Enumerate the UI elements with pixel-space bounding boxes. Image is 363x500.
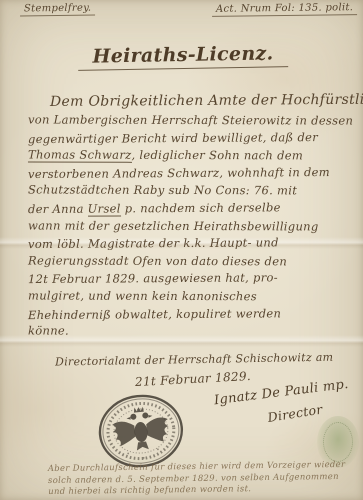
line-rest: p. nachdem sich derselbe [121, 200, 281, 215]
bride-name-underlined: Ursel [88, 201, 121, 216]
manuscript-line: von Lambergischen Herrschaft Steierowitz… [28, 111, 342, 130]
manuscript-page: Stempelfrey. Act. Nrum Fol: 135. polit. … [0, 0, 363, 500]
issue-date-line: 21t Februar 1829. [108, 368, 278, 391]
manuscript-line: verstorbenen Andreas Schwarz, wohnhaft i… [28, 164, 342, 184]
manuscript-line: Schutzstädtchen Raby sub No Cons: 76. mi… [28, 182, 342, 201]
line-rest: , lediglicher Sohn nach dem [131, 148, 303, 163]
document-title: Heiraths-Licenz. [78, 42, 288, 71]
manuscript-line: Regierungsstadt Ofen von dato dieses den [28, 252, 342, 271]
manuscript-line: vom löbl. Magistrate der k.k. Haupt- und [28, 234, 342, 254]
manuscript-line: Thomas Schwarz, lediglicher Sohn nach de… [28, 147, 342, 166]
manuscript-line: Ehehinderniß obwaltet, kopuliret werden [28, 304, 342, 324]
manuscript-line: 12t Februar 1829. ausgewiesen hat, pro- [28, 269, 342, 289]
manuscript-line: Dem Obrigkeitlichen Amte der Hochfürstli… [28, 89, 342, 113]
manuscript-line: gegenwärtiger Bericht wird bewilliget, d… [28, 128, 342, 148]
issuing-office-line: Directorialamt der Herrschaft Schischowi… [55, 350, 345, 368]
footnote-block: Aber Durchlaufschein für dieses hier wir… [48, 460, 340, 499]
annotation-act-folio: Act. Nrum Fol: 135. polit. [212, 2, 357, 17]
manuscript-line: mulgiret, und wenn kein kanonisches [28, 287, 342, 306]
manuscript-body: Dem Obrigkeitlichen Amte der Hochfürstli… [28, 90, 342, 341]
line-pre: der Anna [28, 202, 88, 216]
groom-name-underlined: Thomas Schwarz [28, 148, 132, 163]
annotation-stamp-exempt: Stempelfrey. [20, 3, 95, 17]
manuscript-line: könne. [28, 323, 342, 342]
manuscript-line: wann mit der gesetzlichen Heirathsbewill… [28, 217, 342, 236]
manuscript-line: der Anna Ursel p. nachdem sich derselbe [28, 199, 342, 219]
